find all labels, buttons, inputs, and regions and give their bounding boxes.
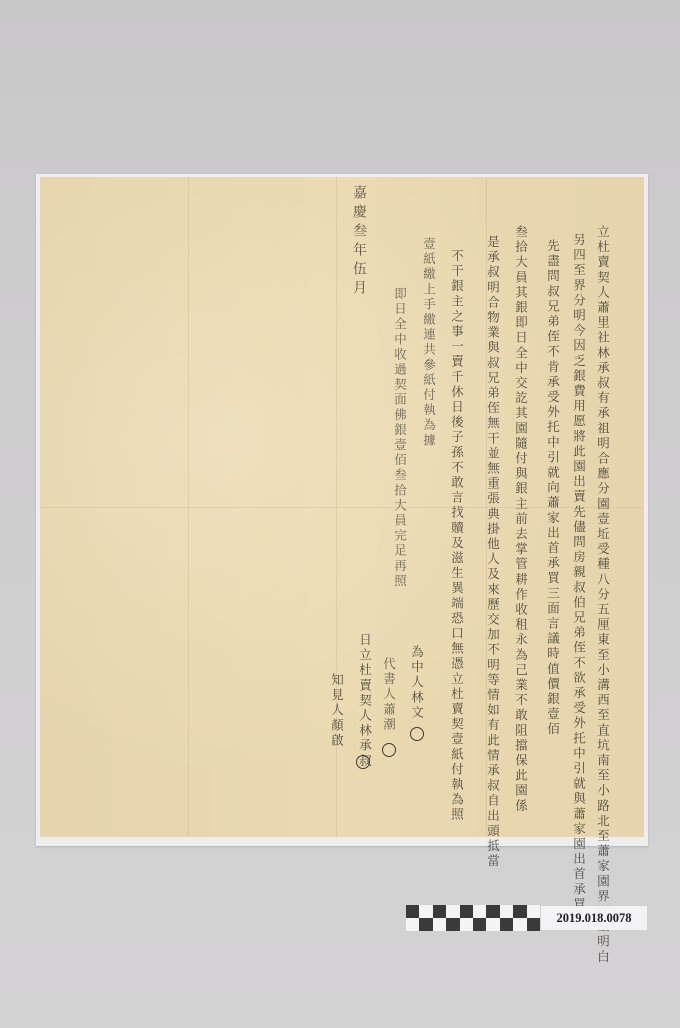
text-column-6: 不干銀主之事一賣千休日後子孫不敢言找贖及滋生異端恐口無憑立杜賣契壹紙付執為照 [450,249,463,823]
scale-cell [473,905,486,918]
scale-cell [527,905,540,918]
text-column-4: 叁拾大員其銀即日全中交訖其園隨付與銀主前去掌管耕作收租永為己業不敢阻擋保此園係 [514,225,527,814]
text-column-2: 另四至界分明今因乏銀費用愿將此園出賣先儘問房親叔伯兄弟侄不欲承受外托中引就與蕭家… [572,233,585,913]
signatory-seller: 日立杜賣契人林承叔 [358,633,371,769]
scale-cell [527,918,540,931]
scale-cell [513,905,526,918]
signatory-scribe: 代書人蕭潮 [382,657,395,733]
scale-cell [433,918,446,931]
text-column-5: 是承叔明合物業與叔兄弟侄無干並無重張典掛他人及來歷交加不明等情如有此情承叔自出頭… [486,235,499,869]
seal-mark [356,755,370,769]
scale-cell [500,905,513,918]
scale-cell [460,918,473,931]
scale-cell [486,918,499,931]
text-column-1: 立杜賣契人蕭里社林承叔有承祖明合應分園壹坵受種八分五厘東至小溝西至直坑南至小路北… [596,225,609,965]
text-column-8: 即日全中收過契面佛銀壹佰叁拾大員完足再照 [393,287,406,589]
scale-cell [406,905,419,918]
seal-mark [382,743,396,757]
scale-cell [473,918,486,931]
catalog-number-label: 2019.018.0078 [541,906,647,930]
scale-cell [486,905,499,918]
color-scale-bar [406,905,540,931]
scale-cell [419,905,432,918]
text-column-7: 壹紙繳上手繳連共參紙付執為據 [422,237,435,448]
scale-cell [460,905,473,918]
scale-cell [406,918,419,931]
scale-cell [500,918,513,931]
scale-cell [433,905,446,918]
date-line: 嘉慶叁年伍月 [352,185,366,299]
document-paper: 立杜賣契人蕭里社林承叔有承祖明合應分園壹坵受種八分五厘東至小溝西至直坑南至小路北… [40,177,644,837]
text-column-3: 先盡問叔兄弟侄不肯承受外托中引就向蕭家出首承買三面言議時值價銀壹佰 [546,239,559,737]
scale-cell [513,918,526,931]
signatory-middleman: 為中人林文 [410,645,423,721]
seal-mark [410,727,424,741]
scale-cell [446,905,459,918]
scale-cell [419,918,432,931]
scale-cell [446,918,459,931]
signatory-witness: 知見人顏啟 [330,673,343,749]
